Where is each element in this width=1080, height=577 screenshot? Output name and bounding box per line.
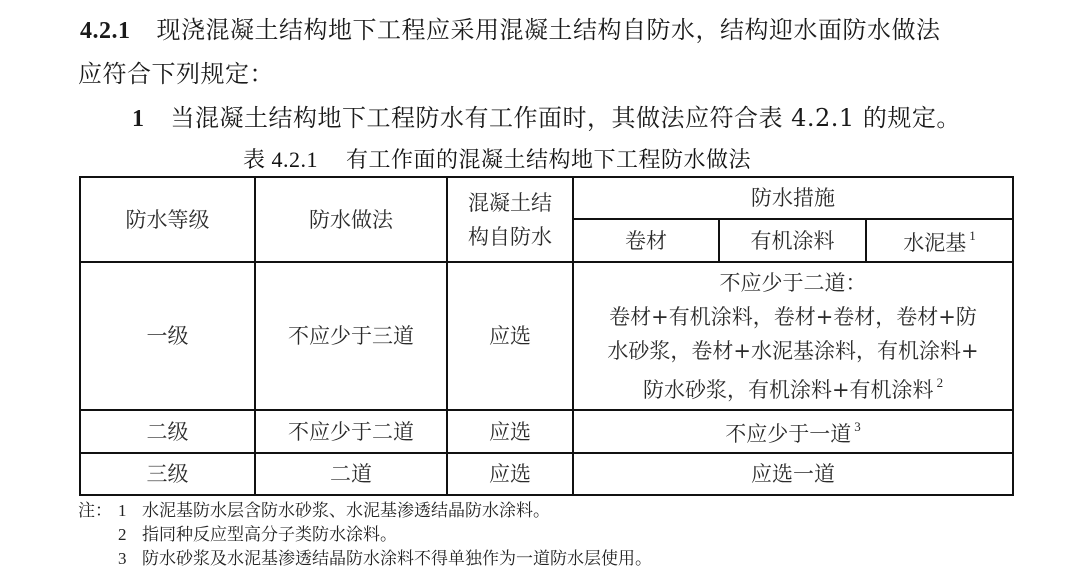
measures-line-text: 防水砂浆，有机涂料+有机涂料 <box>643 378 934 402</box>
cell-measures: 应选一道 <box>573 453 1013 495</box>
header-self-waterproof-line2: 构自防水 <box>448 220 572 254</box>
note-item: 2指同种反应型高分子类防水涂料。 <box>78 523 652 547</box>
table-caption-number: 表 4.2.1 <box>243 147 318 172</box>
note-item: 3防水砂浆及水泥基渗透结晶防水涂料不得单独作为一道防水层使用。 <box>78 547 652 571</box>
note-number: 2 <box>118 523 142 547</box>
table-row: 一级 不应少于三道 应选 不应少于二道： 卷材+有机涂料，卷材+卷材，卷材+防 … <box>80 262 1013 410</box>
note-text: 水泥基防水层含防水砂浆、水泥基渗透结晶防水涂料。 <box>142 501 550 521</box>
footnote-ref-1: 1 <box>969 228 976 243</box>
table-row: 三级 二道 应选 应选一道 <box>80 453 1013 495</box>
waterproofing-table: 防水等级 防水做法 混凝土结 构自防水 防水措施 卷材 有机涂料 水泥基1 一级… <box>79 176 1014 496</box>
notes-lead: 注： <box>78 499 118 523</box>
footnote-ref-3: 3 <box>854 419 861 434</box>
cell-self-waterproof: 应选 <box>447 453 573 495</box>
header-self-waterproof-line1: 混凝土结 <box>448 186 572 220</box>
clause-number: 4.2.1 <box>80 18 131 44</box>
cell-self-waterproof: 应选 <box>447 262 573 410</box>
measures-text: 不应少于一道 <box>725 422 851 446</box>
measures-line: 防水砂浆，有机涂料+有机涂料2 <box>574 368 1012 407</box>
cell-grade: 一级 <box>80 262 255 410</box>
header-method: 防水做法 <box>255 177 447 262</box>
table-caption-title: 有工作面的混凝土结构地下工程防水做法 <box>346 148 751 173</box>
cell-measures: 不应少于二道： 卷材+有机涂料，卷材+卷材，卷材+防 水砂浆，卷材+水泥基涂料，… <box>573 262 1013 410</box>
list-item-number: 1 <box>132 106 145 132</box>
cell-grade: 二级 <box>80 410 255 453</box>
note-item: 注：1水泥基防水层含防水砂浆、水泥基渗透结晶防水涂料。 <box>78 499 652 523</box>
header-cement-based: 水泥基1 <box>866 219 1013 262</box>
header-grade: 防水等级 <box>80 177 255 262</box>
list-item-1: 1当混凝土结构地下工程防水有工作面时，其做法应符合表 4.2.1 的规定。 <box>132 103 961 134</box>
measures-line: 不应少于二道： <box>574 266 1012 300</box>
table-notes: 注：1水泥基防水层含防水砂浆、水泥基渗透结晶防水涂料。 2指同种反应型高分子类防… <box>78 499 652 571</box>
header-membrane: 卷材 <box>573 219 719 262</box>
note-number: 1 <box>118 499 142 523</box>
cell-method: 二道 <box>255 453 447 495</box>
list-item-text: 当混凝土结构地下工程防水有工作面时，其做法应符合表 4.2.1 的规定。 <box>171 104 961 132</box>
header-measures: 防水措施 <box>573 177 1013 219</box>
table-row: 二级 不应少于二道 应选 不应少于一道3 <box>80 410 1013 453</box>
measures-line: 卷材+有机涂料，卷材+卷材，卷材+防 <box>574 300 1012 334</box>
header-organic-coating: 有机涂料 <box>719 219 866 262</box>
clause-text-line2: 应符合下列规定： <box>78 59 274 89</box>
note-text: 指同种反应型高分子类防水涂料。 <box>142 525 397 545</box>
footnote-ref-2: 2 <box>937 375 944 390</box>
header-cement-based-label: 水泥基 <box>903 231 966 255</box>
cell-grade: 三级 <box>80 453 255 495</box>
measures-line: 水砂浆，卷材+水泥基涂料，有机涂料+ <box>574 334 1012 368</box>
note-number: 3 <box>118 547 142 571</box>
table-caption: 表 4.2.1有工作面的混凝土结构地下工程防水做法 <box>243 145 751 176</box>
header-self-waterproof: 混凝土结 构自防水 <box>447 177 573 262</box>
clause-paragraph: 4.2.1现浇混凝土结构地下工程应采用混凝土结构自防水，结构迎水面防水做法 <box>80 15 941 46</box>
cell-self-waterproof: 应选 <box>447 410 573 453</box>
clause-text-line1: 现浇混凝土结构地下工程应采用混凝土结构自防水，结构迎水面防水做法 <box>157 16 941 44</box>
cell-measures: 不应少于一道3 <box>573 410 1013 453</box>
cell-method: 不应少于三道 <box>255 262 447 410</box>
note-text: 防水砂浆及水泥基渗透结晶防水涂料不得单独作为一道防水层使用。 <box>142 549 652 569</box>
cell-method: 不应少于二道 <box>255 410 447 453</box>
